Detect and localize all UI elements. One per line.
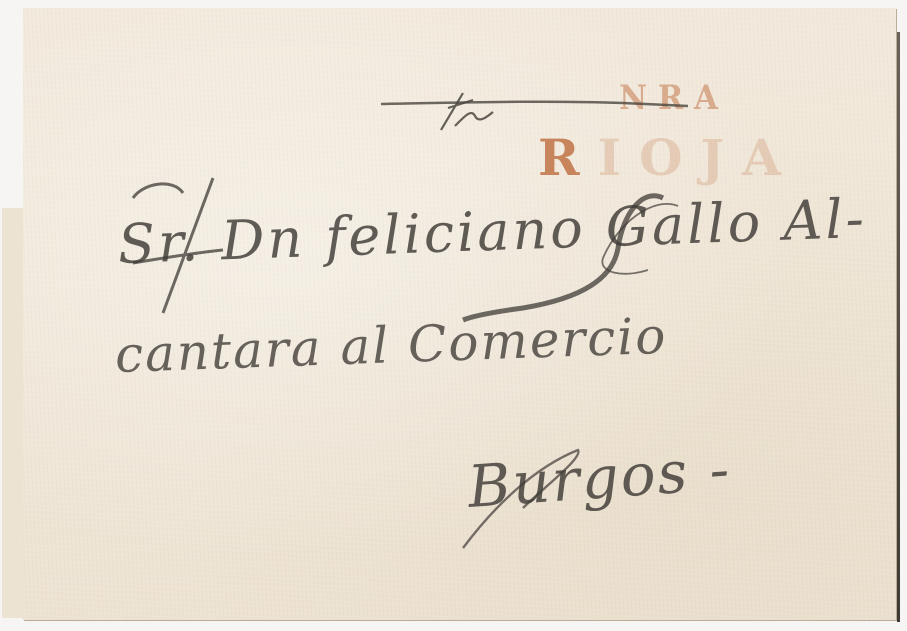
crossed-notation-mark (441, 93, 493, 130)
postmark-line-2: RIOJA (538, 128, 799, 187)
postmark: NRA RIOJA (533, 78, 783, 198)
address-city: Burgos - (466, 435, 734, 521)
scanned-letter: NRA RIOJA Sr. Dn feliciano Gallo Al- can… (0, 0, 907, 631)
address-line-1: Sr. Dn feliciano Gallo Al- (117, 187, 868, 276)
letter-front: NRA RIOJA Sr. Dn feliciano Gallo Al- can… (23, 8, 896, 620)
postmark-line-2-visible: R (538, 128, 598, 187)
postmark-line-1: NRA (619, 78, 729, 118)
postmark-line-2-faded: IOJA (598, 128, 799, 187)
address-line-2: cantara al Comercio (114, 307, 668, 384)
back-flap-edge (2, 208, 25, 618)
